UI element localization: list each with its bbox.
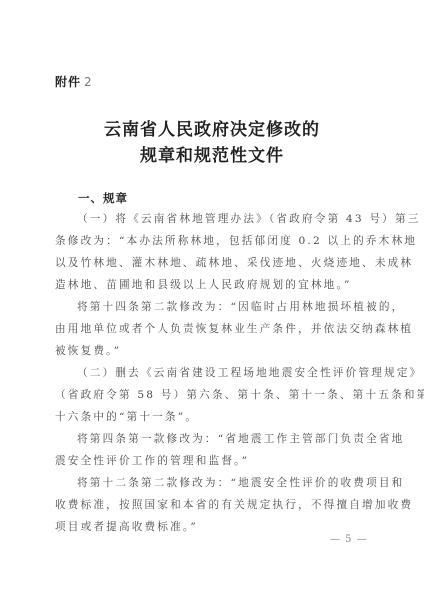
paragraph-line: 震安全性评价工作的管理和监督。” [55, 454, 375, 468]
document-page: 附件2 云南省人民政府决定修改的 规章和规范性文件 一、规章 （一）将《云南省林… [0, 0, 424, 600]
paragraph-line: 项目或者提高收费标准。” [55, 520, 375, 534]
attachment-number: 2 [84, 75, 93, 89]
paragraph-line: 将第十四条第二款修改为：“因临时占用林地损坏植被的， [55, 300, 375, 314]
paragraph-line: （省政府令第 58 号）第六条、第十条、第十一条、第十五条和第 [55, 388, 375, 402]
paragraph-line: 造林地、苗圃地和县级以上人民政府规划的宜林地。” [55, 278, 375, 292]
paragraph-line: （二）删去《云南省建设工程场地地震安全性评价管理规定》 [55, 366, 375, 380]
attachment-label-text: 附件 [55, 75, 81, 89]
paragraph-line: 以及竹林地、灌木林地、疏林地、采伐迹地、火烧迹地、未成林 [55, 256, 375, 270]
page-number: — 5 — [330, 534, 368, 545]
paragraph-line: 将第十二条第二款修改为：“地震安全性评价的收费项目和 [55, 476, 375, 490]
paragraph-line: （一）将《云南省林地管理办法》（省政府令第 43 号）第三 [55, 212, 375, 226]
document-title-line-1: 云南省人民政府决定修改的 [0, 115, 424, 140]
section-heading-regulations: 一、规章 [78, 190, 128, 206]
document-title-line-2: 规章和规范性文件 [0, 141, 424, 166]
paragraph-line: 收费标准，按照国家和本省的有关规定执行，不得擅自增加收费 [55, 498, 375, 512]
attachment-label: 附件2 [55, 73, 93, 90]
paragraph-line: 被恢复费。” [55, 344, 375, 358]
paragraph-line: 将第四条第一款修改为：“省地震工作主管部门负责全省地 [55, 432, 375, 446]
paragraph-line: 条修改为：“本办法所称林地，包括郁闭度 0.2 以上的乔木林地 [55, 234, 375, 248]
paragraph-line: 由用地单位或者个人负责恢复林业生产条件，并依法交纳森林植 [55, 322, 375, 336]
paragraph-line: 十六条中的“第十一条”。 [55, 410, 375, 424]
